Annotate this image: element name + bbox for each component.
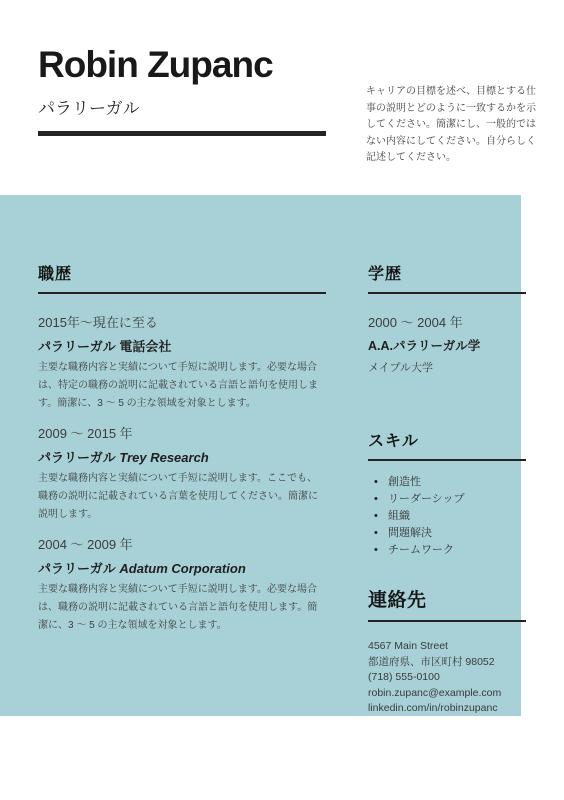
job-title: パラリーガル Adatum Corporation bbox=[38, 558, 326, 577]
contact-city: 都道府県、市区町村 98052 bbox=[368, 655, 526, 671]
contact-street: 4567 Main Street bbox=[368, 639, 526, 655]
contact-heading: 連絡先 bbox=[368, 585, 526, 612]
section-contact: 連絡先 4567 Main Street 都道府県、市区町村 98052 (71… bbox=[368, 585, 526, 717]
job-dates: 2009 ～ 2015 年 bbox=[38, 423, 326, 442]
job-description: 主要な職務内容と実績について手短に説明します。必要な場合は、特定の職務の説明に記… bbox=[38, 359, 326, 413]
header-divider bbox=[38, 131, 326, 136]
contact-linkedin: linkedin.com/in/robinzupanc bbox=[368, 701, 526, 717]
section-skills: スキル 創造性 リーダーシップ 組織 問題解決 チームワーク bbox=[368, 428, 526, 559]
job-entry: 2004 ～ 2009 年 パラリーガル Adatum Corporation … bbox=[38, 534, 326, 635]
skill-item: リーダーシップ bbox=[368, 491, 526, 508]
candidate-job-title: パラリーガル bbox=[38, 94, 338, 119]
education-divider bbox=[368, 292, 526, 294]
job-title-text: パラリーガル bbox=[38, 561, 116, 576]
job-title: パラリーガル 電話会社 bbox=[38, 336, 326, 355]
education-degree: A.A.パラリーガル学 bbox=[368, 336, 526, 354]
job-title: パラリーガル Trey Research bbox=[38, 447, 326, 466]
job-dates: 2015年～現在に至る bbox=[38, 312, 326, 331]
job-company: Adatum Corporation bbox=[119, 561, 245, 576]
section-education: 学歴 2000 ～ 2004 年 A.A.パラリーガル学 メイプル大学 bbox=[368, 261, 526, 375]
job-description: 主要な職務内容と実績について手短に説明します。必要な場合は、職務の説明に記載され… bbox=[38, 581, 326, 635]
job-company: Trey Research bbox=[119, 450, 208, 465]
job-description: 主要な職務内容と実績について手短に説明します。ここでも、職務の説明に記載されてい… bbox=[38, 470, 326, 524]
job-entry: 2009 ～ 2015 年 パラリーガル Trey Research 主要な職務… bbox=[38, 423, 326, 524]
header: Robin Zupanc パラリーガル bbox=[38, 46, 338, 119]
education-heading: 学歴 bbox=[368, 261, 526, 284]
skill-item: 創造性 bbox=[368, 474, 526, 491]
skills-divider bbox=[368, 459, 526, 461]
section-experience: 職歴 2015年～現在に至る パラリーガル 電話会社 主要な職務内容と実績につい… bbox=[38, 261, 326, 635]
education-dates: 2000 ～ 2004 年 bbox=[368, 312, 526, 331]
job-entry: 2015年～現在に至る パラリーガル 電話会社 主要な職務内容と実績について手短… bbox=[38, 312, 326, 413]
candidate-name: Robin Zupanc bbox=[38, 46, 338, 85]
job-title-text: パラリーガル bbox=[38, 450, 116, 465]
contact-phone: (718) 555-0100 bbox=[368, 670, 526, 686]
resume-page: Robin Zupanc パラリーガル キャリアの目標を述べ、目標とする仕事の説… bbox=[0, 0, 564, 800]
contact-email: robin.zupanc@example.com bbox=[368, 686, 526, 702]
skill-item: 問題解決 bbox=[368, 525, 526, 542]
job-title-text: パラリーガル 電話会社 bbox=[38, 339, 171, 354]
sidebar-column: 学歴 2000 ～ 2004 年 A.A.パラリーガル学 メイプル大学 スキル … bbox=[368, 261, 526, 717]
experience-heading: 職歴 bbox=[38, 261, 326, 284]
education-school: メイプル大学 bbox=[368, 359, 526, 375]
experience-divider bbox=[38, 292, 326, 294]
skills-heading: スキル bbox=[368, 428, 526, 451]
objective-text: キャリアの目標を述べ、目標とする仕事の説明とどのように一致するかを示してください… bbox=[366, 84, 544, 167]
contact-lines: 4567 Main Street 都道府県、市区町村 98052 (718) 5… bbox=[368, 639, 526, 717]
job-dates: 2004 ～ 2009 年 bbox=[38, 534, 326, 553]
skill-item: チームワーク bbox=[368, 542, 526, 559]
contact-divider bbox=[368, 620, 526, 622]
skill-item: 組織 bbox=[368, 508, 526, 525]
experience-column: 職歴 2015年～現在に至る パラリーガル 電話会社 主要な職務内容と実績につい… bbox=[38, 261, 326, 635]
skills-list: 創造性 リーダーシップ 組織 問題解決 チームワーク bbox=[368, 474, 526, 559]
